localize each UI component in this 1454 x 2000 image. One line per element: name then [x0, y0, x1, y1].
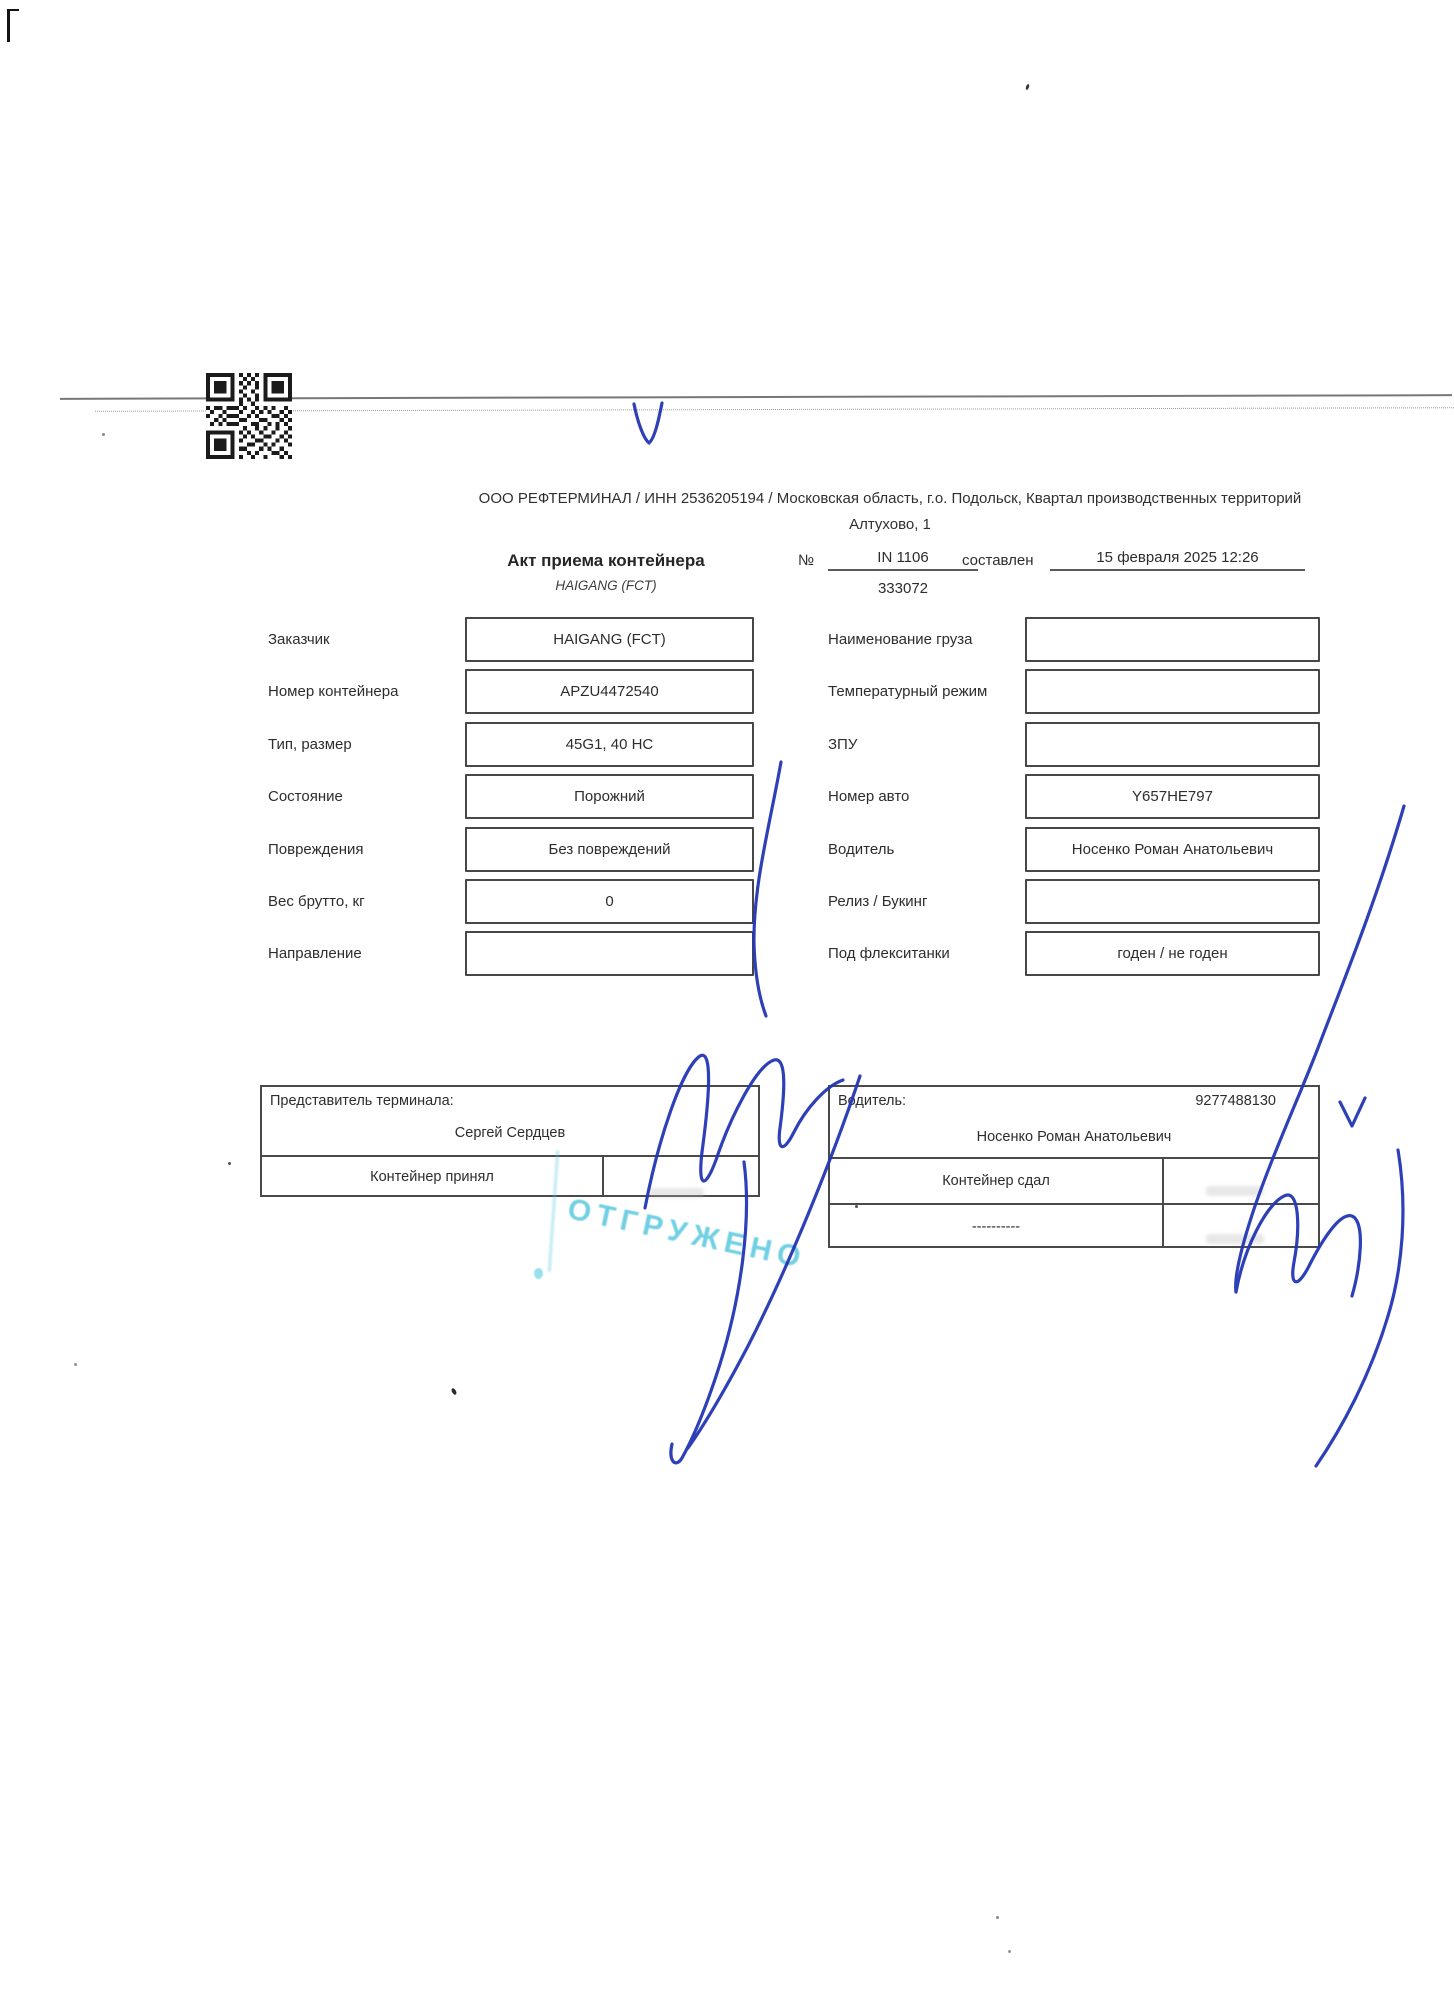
document-subtitle: HAIGANG (FCT) — [420, 578, 792, 593]
field-value-driver: Носенко Роман Анатольевич — [1025, 827, 1320, 872]
field-label-cargo-name: Наименование груза — [828, 617, 1020, 662]
field-value-damages: Без повреждений — [465, 827, 754, 872]
scan-speck — [1008, 1950, 1011, 1953]
driver-block-header: Водитель: — [838, 1093, 906, 1109]
org-header-line2: Алтухово, 1 — [420, 512, 1360, 538]
composed-date: 15 февраля 2025 12:26 — [1050, 549, 1305, 571]
driver-action-label: Контейнер сдал — [830, 1159, 1162, 1203]
field-value-temperature — [1025, 669, 1320, 714]
driver-signature-block: Водитель: 9277488130 Носенко Роман Анато… — [828, 1085, 1320, 1248]
driver-name: Носенко Роман Анатольевич — [830, 1129, 1318, 1145]
scan-perforation-line — [95, 407, 1454, 412]
pen-ink-overlay — [0, 0, 1454, 2000]
driver-signature-cell-divider — [1162, 1159, 1164, 1203]
field-value-release-booking — [1025, 879, 1320, 924]
org-header-line1: ООО РЕФТЕРМИНАЛ / ИНН 2536205194 / Моско… — [420, 486, 1360, 512]
field-value-gross-weight: 0 — [465, 879, 754, 924]
doc-number-secondary: 333072 — [828, 580, 978, 597]
field-label-damages: Повреждения — [268, 827, 458, 872]
field-label-release-booking: Релиз / Букинг — [828, 879, 1020, 924]
field-value-cargo-name — [1025, 617, 1320, 662]
field-label-direction: Направление — [268, 931, 458, 976]
field-label-truck-number: Номер авто — [828, 774, 1020, 819]
field-label-container-number: Номер контейнера — [268, 669, 458, 714]
field-label-customer: Заказчик — [268, 617, 458, 662]
field-label-type-size: Тип, размер — [268, 722, 458, 767]
ghost-text-smudge — [1206, 1186, 1264, 1196]
terminal-block-header: Представитель терминала: — [270, 1093, 454, 1109]
field-label-gross-weight: Вес брутто, кг — [268, 879, 458, 924]
scan-speck — [228, 1162, 231, 1165]
scanned-document-page: ООО РЕФТЕРМИНАЛ / ИНН 2536205194 / Моско… — [0, 0, 1454, 2000]
field-label-temperature: Температурный режим — [828, 669, 1020, 714]
field-label-condition: Состояние — [268, 774, 458, 819]
doc-number-value: IN 1106 — [828, 549, 978, 571]
stamp-ink-dot — [534, 1268, 543, 1279]
composed-label: составлен — [962, 552, 1034, 569]
terminal-action-label: Контейнер принял — [262, 1157, 602, 1197]
scan-speck — [102, 433, 105, 436]
driver-dashes: ---------- — [830, 1205, 1162, 1248]
doc-number-label: № — [798, 552, 814, 569]
field-label-driver: Водитель — [828, 827, 1020, 872]
field-value-seal — [1025, 722, 1320, 767]
scan-corner-mark — [7, 9, 19, 42]
field-label-flexitank: Под флекситанки — [828, 931, 1020, 976]
field-value-direction — [465, 931, 754, 976]
field-value-customer: HAIGANG (FCT) — [465, 617, 754, 662]
field-value-flexitank: годен / не годен — [1025, 931, 1320, 976]
field-value-type-size: 45G1, 40 HC — [465, 722, 754, 767]
driver-action-row: Контейнер сдал — [830, 1157, 1318, 1203]
field-value-condition: Порожний — [465, 774, 754, 819]
org-header: ООО РЕФТЕРМИНАЛ / ИНН 2536205194 / Моско… — [420, 486, 1360, 538]
field-value-truck-number: Y657HE797 — [1025, 774, 1320, 819]
scan-speck — [1025, 84, 1030, 91]
terminal-signature-block: Представитель терминала: Сергей Сердцев … — [260, 1085, 760, 1197]
ghost-text-smudge — [650, 1188, 704, 1198]
terminal-signature-cell-divider — [602, 1157, 604, 1197]
scan-speck — [74, 1363, 77, 1366]
terminal-representative-name: Сергей Сердцев — [262, 1125, 758, 1141]
scan-speck — [996, 1916, 999, 1919]
shipping-stamp: ОТГРУЖЕНО — [564, 1192, 865, 1288]
scan-speck — [451, 1387, 458, 1395]
scan-speck — [855, 1205, 858, 1208]
qr-code — [206, 373, 292, 459]
ghost-text-smudge — [1206, 1234, 1264, 1244]
document-title: Акт приема контейнера — [420, 551, 792, 571]
driver-dashes-cell-divider — [1162, 1205, 1164, 1248]
field-label-seal: ЗПУ — [828, 722, 1020, 767]
field-value-container-number: APZU4472540 — [465, 669, 754, 714]
driver-phone-number: 9277488130 — [1195, 1093, 1276, 1109]
